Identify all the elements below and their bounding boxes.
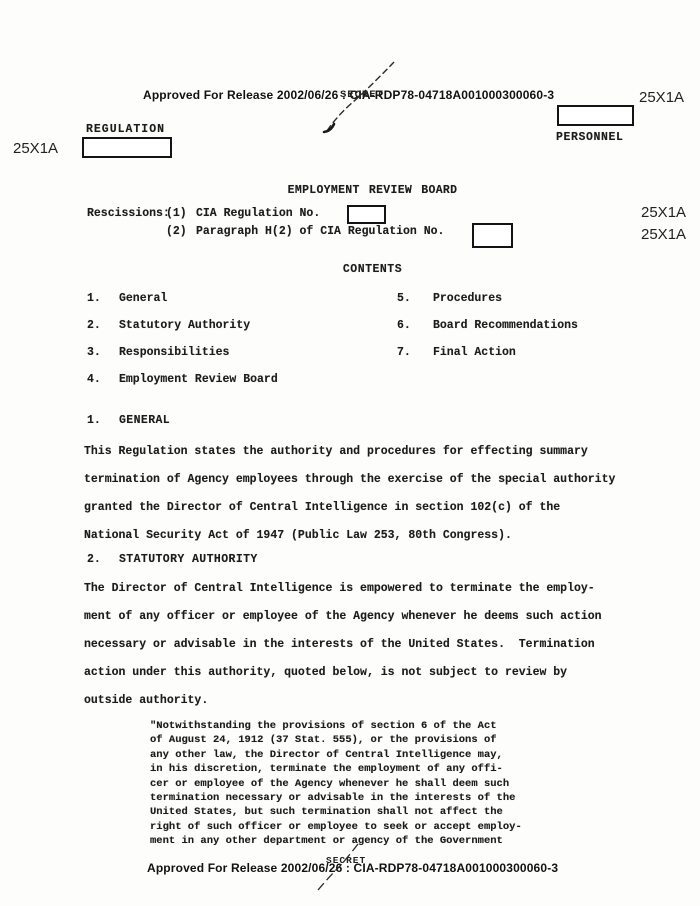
paragraph-line: This Regulation states the authority and… bbox=[84, 438, 615, 466]
quote-line: ment in any other department or agency o… bbox=[150, 834, 522, 848]
quote-line: cer or employee of the Agency whenever h… bbox=[150, 777, 522, 791]
redaction-box-rescission-1 bbox=[347, 205, 386, 224]
contents-item-label: Board Recommendations bbox=[433, 319, 578, 332]
section-1-paragraph: This Regulation states the authority and… bbox=[84, 438, 615, 550]
statute-quote-block: "Notwithstanding the provisions of secti… bbox=[150, 719, 522, 849]
rescission-2-text: Paragraph H(2) of CIA Regulation No. bbox=[196, 225, 444, 238]
paragraph-line: ment of any officer or employee of the A… bbox=[84, 603, 602, 631]
scanned-document-page: { "header": { "approved": "Approved For … bbox=[0, 0, 700, 906]
quote-line: right of such officer or employee to see… bbox=[150, 820, 522, 834]
redaction-box-regulation-number bbox=[82, 137, 172, 158]
paragraph-line: The Director of Central Intelligence is … bbox=[84, 575, 602, 603]
contents-item-label: General bbox=[119, 292, 167, 305]
declass-marking-left: 25X1A bbox=[13, 140, 58, 157]
quote-line: "Notwithstanding the provisions of secti… bbox=[150, 719, 522, 733]
paragraph-line: outside authority. bbox=[84, 687, 602, 715]
pen-stroke-top-hook bbox=[324, 124, 334, 132]
rescission-1-number: (1) bbox=[166, 207, 187, 220]
section-1-number: 1. bbox=[87, 414, 101, 427]
contents-item-number: 5. bbox=[397, 292, 411, 305]
footer-approved-for-release-text: Approved For Release 2002/06/26 : CIA-RD… bbox=[147, 861, 558, 875]
declass-marking-top-right: 25X1A bbox=[639, 89, 684, 106]
contents-heading: CONTENTS bbox=[85, 263, 660, 276]
section-2-heading: STATUTORY AUTHORITY bbox=[119, 553, 258, 566]
section-2-paragraph: The Director of Central Intelligence is … bbox=[84, 575, 602, 715]
quote-line: termination necessary or advisable in th… bbox=[150, 791, 522, 805]
paragraph-line: action under this authority, quoted belo… bbox=[84, 659, 602, 687]
contents-item-label: Responsibilities bbox=[119, 346, 229, 359]
contents-item-number: 2. bbox=[87, 319, 101, 332]
redaction-box-rescission-2 bbox=[472, 223, 513, 248]
paragraph-line: granted the Director of Central Intellig… bbox=[84, 494, 615, 522]
paragraph-line: termination of Agency employees through … bbox=[84, 466, 615, 494]
rescission-1-text: CIA Regulation No. bbox=[196, 207, 320, 220]
quote-line: in his discretion, terminate the employm… bbox=[150, 762, 522, 776]
paragraph-line: National Security Act of 1947 (Public La… bbox=[84, 522, 615, 550]
quote-line: any other law, the Director of Central I… bbox=[150, 748, 522, 762]
declass-marking-rescission-2: 25X1A bbox=[641, 226, 686, 243]
paragraph-line: necessary or advisable in the interests … bbox=[84, 631, 602, 659]
secret-stamp-top: SECRET bbox=[340, 89, 384, 101]
contents-item-label: Final Action bbox=[433, 346, 516, 359]
section-2-number: 2. bbox=[87, 553, 101, 566]
rescissions-label: Rescissions: bbox=[87, 207, 170, 220]
contents-item-number: 6. bbox=[397, 319, 411, 332]
personnel-stamp-label: PERSONNEL bbox=[556, 131, 624, 144]
contents-item-number: 4. bbox=[87, 373, 101, 386]
regulation-stamp-label: REGULATION bbox=[86, 123, 165, 136]
document-title: EMPLOYMENT REVIEW BOARD bbox=[85, 184, 660, 197]
contents-item-number: 7. bbox=[397, 346, 411, 359]
section-1-heading: GENERAL bbox=[119, 414, 170, 427]
contents-item-number: 1. bbox=[87, 292, 101, 305]
quote-line: United States, but such termination shal… bbox=[150, 805, 522, 819]
contents-item-label: Employment Review Board bbox=[119, 373, 278, 386]
contents-item-number: 3. bbox=[87, 346, 101, 359]
contents-item-label: Procedures bbox=[433, 292, 502, 305]
contents-item-label: Statutory Authority bbox=[119, 319, 250, 332]
declass-marking-rescission-1: 25X1A bbox=[641, 204, 686, 221]
redaction-box-personnel-number bbox=[557, 105, 634, 126]
rescission-2-number: (2) bbox=[166, 225, 187, 238]
quote-line: of August 24, 1912 (37 Stat. 555), or th… bbox=[150, 733, 522, 747]
